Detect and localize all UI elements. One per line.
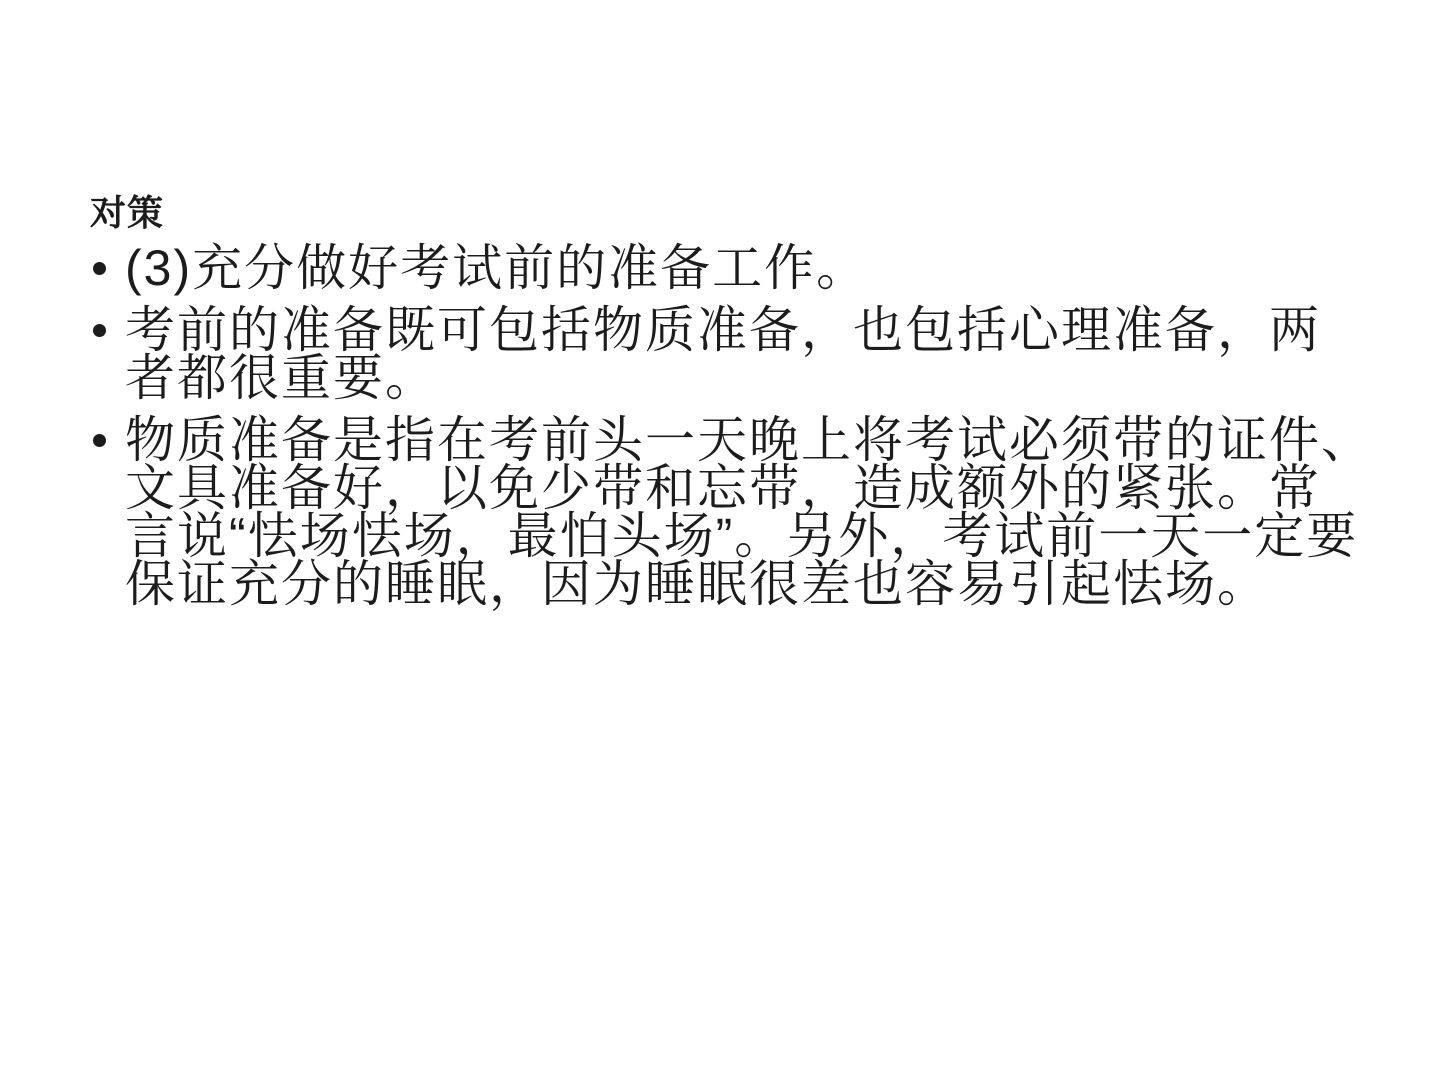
bullet-item: 考前的准备既可包括物质准备，也包括心理准备，两 者都很重要。 — [90, 306, 1390, 402]
bullet-text: 考前的准备既可包括物质准备，也包括心理准备，两 者都很重要。 — [125, 306, 1390, 402]
slide-content: 对策 (3)充分做好考试前的准备工作。 考前的准备既可包括物质准备，也包括心理准… — [90, 190, 1390, 608]
bullet-marker — [90, 306, 125, 337]
bullet-line: 文具准备好，以免少带和忘带，造成额外的紧张。常 — [125, 464, 1390, 512]
bullet-dot-icon — [93, 434, 106, 447]
bullet-line: 考前的准备既可包括物质准备，也包括心理准备，两 — [125, 306, 1390, 354]
bullet-text: 物质准备是指在考前头一天晚上将考试必须带的证件、 文具准备好，以免少带和忘带，造… — [125, 416, 1390, 608]
bullet-line: 言说“怯场怯场，最怕头场”。另外，考试前一天一定要 — [125, 512, 1390, 560]
bullet-line: 保证充分的睡眠，因为睡眠很差也容易引起怯场。 — [125, 560, 1390, 608]
bullet-text: (3)充分做好考试前的准备工作。 — [125, 244, 1390, 292]
bullet-line: 物质准备是指在考前头一天晚上将考试必须带的证件、 — [125, 416, 1390, 464]
bullet-dot-icon — [93, 324, 106, 337]
bullet-marker — [90, 244, 125, 275]
slide-title: 对策 — [90, 190, 1390, 236]
bullet-dot-icon — [93, 262, 106, 275]
bullet-line: (3)充分做好考试前的准备工作。 — [125, 244, 1390, 292]
bullet-marker — [90, 416, 125, 447]
bullet-item: (3)充分做好考试前的准备工作。 — [90, 244, 1390, 292]
bullet-item: 物质准备是指在考前头一天晚上将考试必须带的证件、 文具准备好，以免少带和忘带，造… — [90, 416, 1390, 608]
slide-canvas: 对策 (3)充分做好考试前的准备工作。 考前的准备既可包括物质准备，也包括心理准… — [0, 0, 1440, 1080]
bullet-line: 者都很重要。 — [125, 354, 1390, 402]
